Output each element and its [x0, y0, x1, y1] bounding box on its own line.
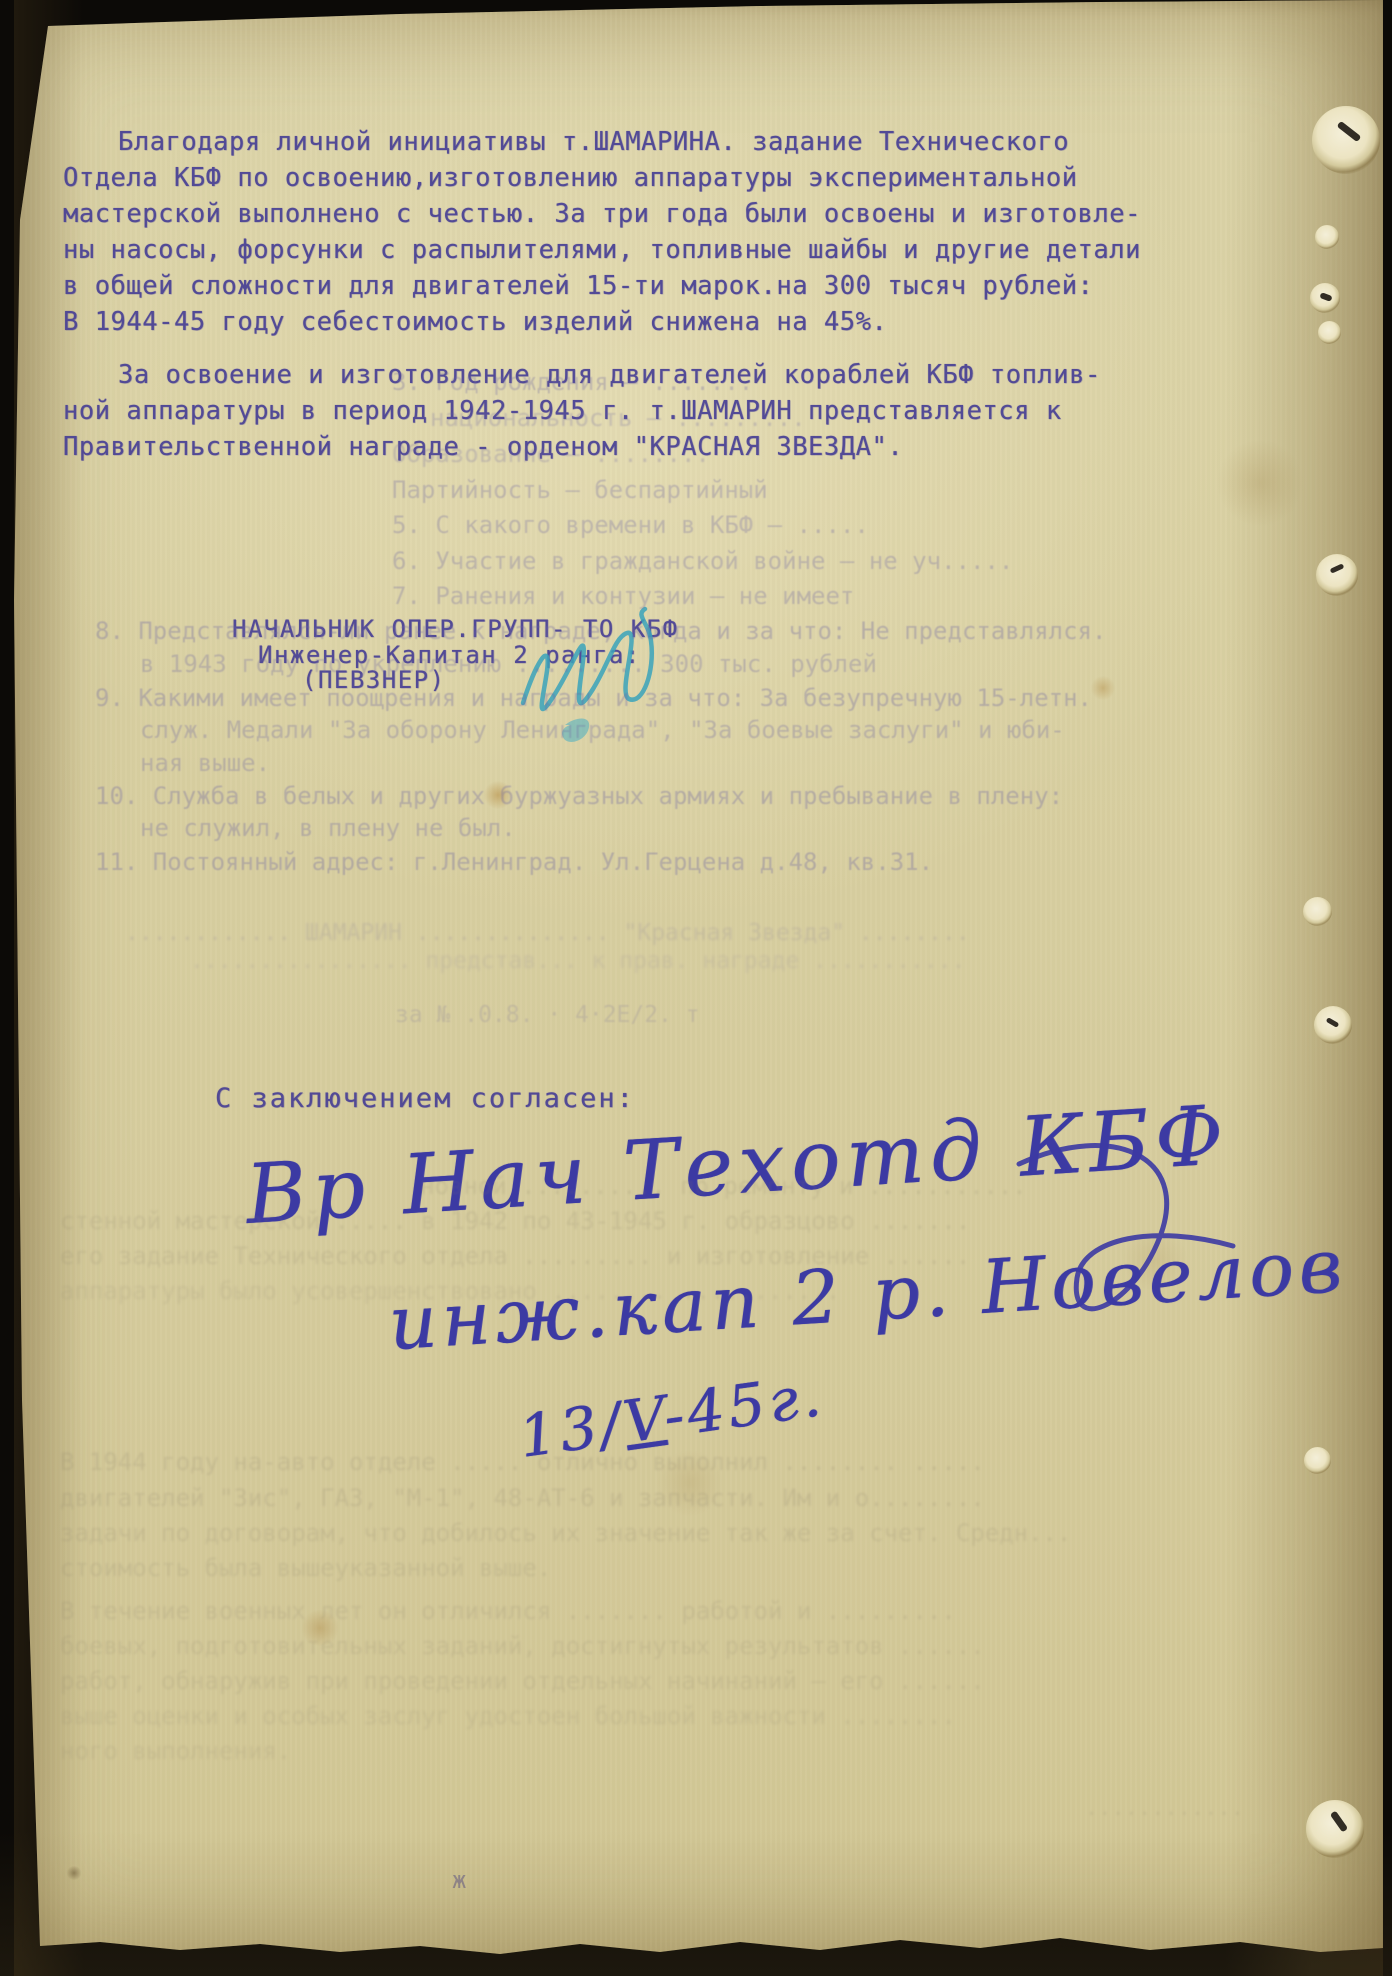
paragraph1-line: ны насосы, форсунки с распылителями, топ…	[63, 235, 1141, 265]
paragraph1-line: мастерской выполнено с честью. За три го…	[63, 199, 1141, 229]
agreement-label: С заключением согласен:	[215, 1083, 635, 1114]
paragraph2-line: ной аппаратуры в период 1942-1945 г. т.Ш…	[63, 396, 1062, 426]
signatory-name: (ПЕВЗНЕР)	[302, 666, 446, 694]
paragraph2-line: Правительственной награде - орденом "КРА…	[63, 432, 903, 462]
signatory-title: НАЧАЛЬНИК ОПЕР.ГРУПП- ТО КБФ	[232, 615, 679, 643]
paragraph2-line: За освоение и изготовление для двигателе…	[118, 360, 1101, 390]
paragraph1-line: Благодаря личной инициативы т.ШАМАРИНА. …	[118, 127, 1069, 157]
scanned-document-page: Благодаря личной инициативы т.ШАМАРИНА. …	[0, 0, 1392, 1976]
paragraph1-line: Отдела КБФ по освоению,изготовлению аппа…	[63, 163, 1078, 193]
paragraph1-line: в общей сложности для двигателей 15-ти м…	[63, 271, 1093, 301]
signatory-rank: Инженер-Капитан 2 ранга:	[258, 641, 641, 669]
paragraph1-line: В 1944-45 году себестоимость изделий сни…	[63, 307, 887, 337]
